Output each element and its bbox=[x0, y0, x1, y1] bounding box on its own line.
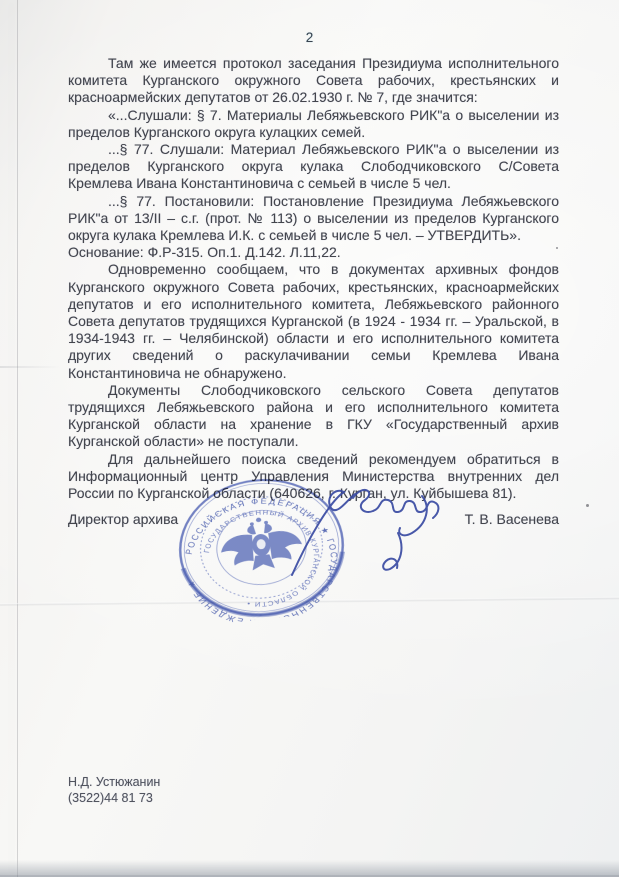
paper-crease-small bbox=[0, 366, 60, 368]
scan-speck bbox=[556, 247, 558, 249]
executor-block: Н.Д. Устюжанин (3522)44 81 73 bbox=[68, 775, 160, 806]
page-left-seam bbox=[17, 0, 18, 877]
paragraph-resolved-77: ...§ 77. Постановили: Постановление През… bbox=[68, 193, 559, 245]
signature-ink-icon bbox=[276, 477, 441, 589]
signature-role: Директор архива bbox=[68, 511, 178, 527]
paragraph-not-received: Документы Слободчиковского сельского Сов… bbox=[68, 382, 559, 451]
handwritten-signature bbox=[276, 477, 441, 589]
executor-phone: (3522)44 81 73 bbox=[68, 791, 160, 807]
letter-body: Там же имеется протокол заседания Презид… bbox=[68, 55, 559, 502]
paragraph-basis: Основание: Ф.Р-315. Оп.1. Д.142. Л.11,22… bbox=[68, 244, 559, 261]
paragraph-no-records: Одновременно сообщаем, что в документах … bbox=[68, 261, 559, 381]
paragraph-heard-77: ...§ 77. Слушали: Материал Лебяжьевского… bbox=[68, 141, 559, 193]
signatory-name: Т. В. Васенева bbox=[465, 511, 559, 527]
scanned-letter-page: 2 Там же имеется протокол заседания През… bbox=[0, 0, 619, 877]
page-bottom-edge bbox=[0, 860, 619, 877]
scan-speck bbox=[586, 504, 589, 507]
executor-name: Н.Д. Устюжанин bbox=[68, 775, 160, 791]
page-number: 2 bbox=[0, 30, 619, 45]
paragraph-heard-7: «...Слушали: § 7. Материалы Лебяжьевског… bbox=[68, 107, 559, 141]
paragraph-protocol-intro: Там же имеется протокол заседания Презид… bbox=[68, 55, 559, 107]
